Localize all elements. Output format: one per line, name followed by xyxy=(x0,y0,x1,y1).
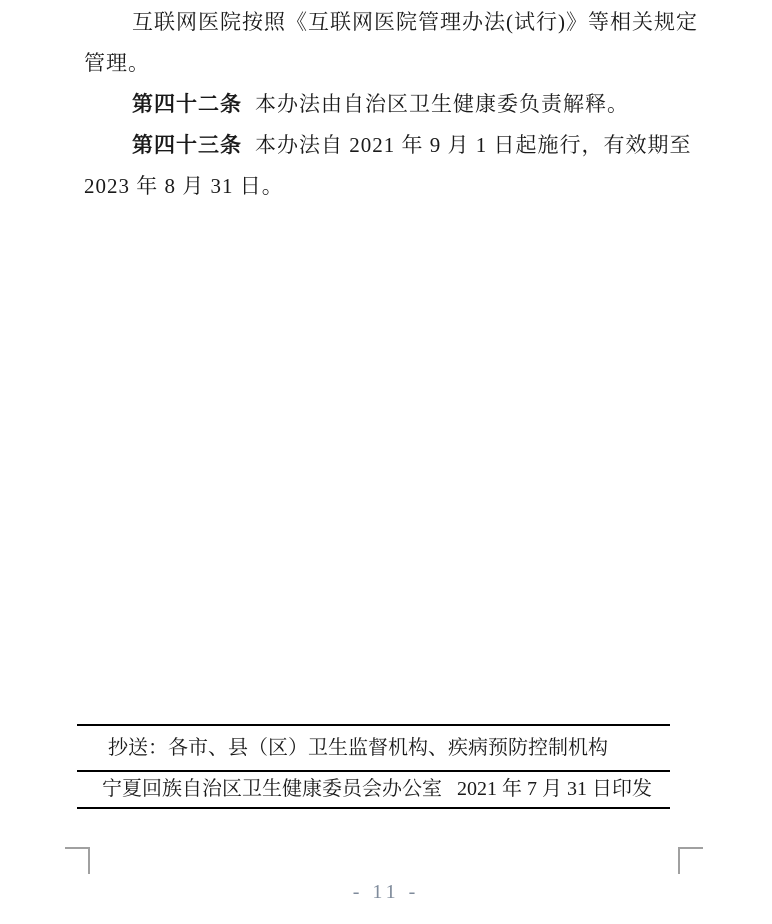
article-42-text: 本办法由自治区卫生健康委负责解释。 xyxy=(255,92,629,116)
document-page: 互联网医院按照《互联网医院管理办法(试行)》等相关规定 管理。 第四十二条本办法… xyxy=(0,0,772,924)
paragraph-regulation-line-2: 管理。 xyxy=(84,43,704,84)
article-43-term: 第四十三条 xyxy=(132,133,242,157)
page-number: - 11 - xyxy=(0,881,772,904)
print-date: 2021 年 7 月 31 日印发 xyxy=(457,772,652,807)
issuer-name: 宁夏回族自治区卫生健康委员会办公室 xyxy=(102,772,442,807)
body-text: 互联网医院按照《互联网医院管理办法(试行)》等相关规定 管理。 第四十二条本办法… xyxy=(84,2,704,207)
article-43-text: 本办法自 2021 年 9 月 1 日起施行，有效期至 xyxy=(255,133,692,157)
crop-mark-right xyxy=(678,847,703,874)
article-43-line-2: 2023 年 8 月 31 日。 xyxy=(84,166,704,207)
issue-line: 宁夏回族自治区卫生健康委员会办公室 2021 年 7 月 31 日印发 xyxy=(77,772,670,809)
article-42-line: 第四十二条本办法由自治区卫生健康委负责解释。 xyxy=(84,84,704,125)
article-43-line-1: 第四十三条本办法自 2021 年 9 月 1 日起施行，有效期至 xyxy=(84,125,704,166)
article-42-term: 第四十二条 xyxy=(132,92,242,116)
crop-mark-left xyxy=(65,847,90,874)
document-colophon: 抄送：各市、县（区）卫生监督机构、疾病预防控制机构 宁夏回族自治区卫生健康委员会… xyxy=(77,724,670,809)
paragraph-regulation-line-1: 互联网医院按照《互联网医院管理办法(试行)》等相关规定 xyxy=(84,2,704,43)
cc-line: 抄送：各市、县（区）卫生监督机构、疾病预防控制机构 xyxy=(77,726,670,772)
